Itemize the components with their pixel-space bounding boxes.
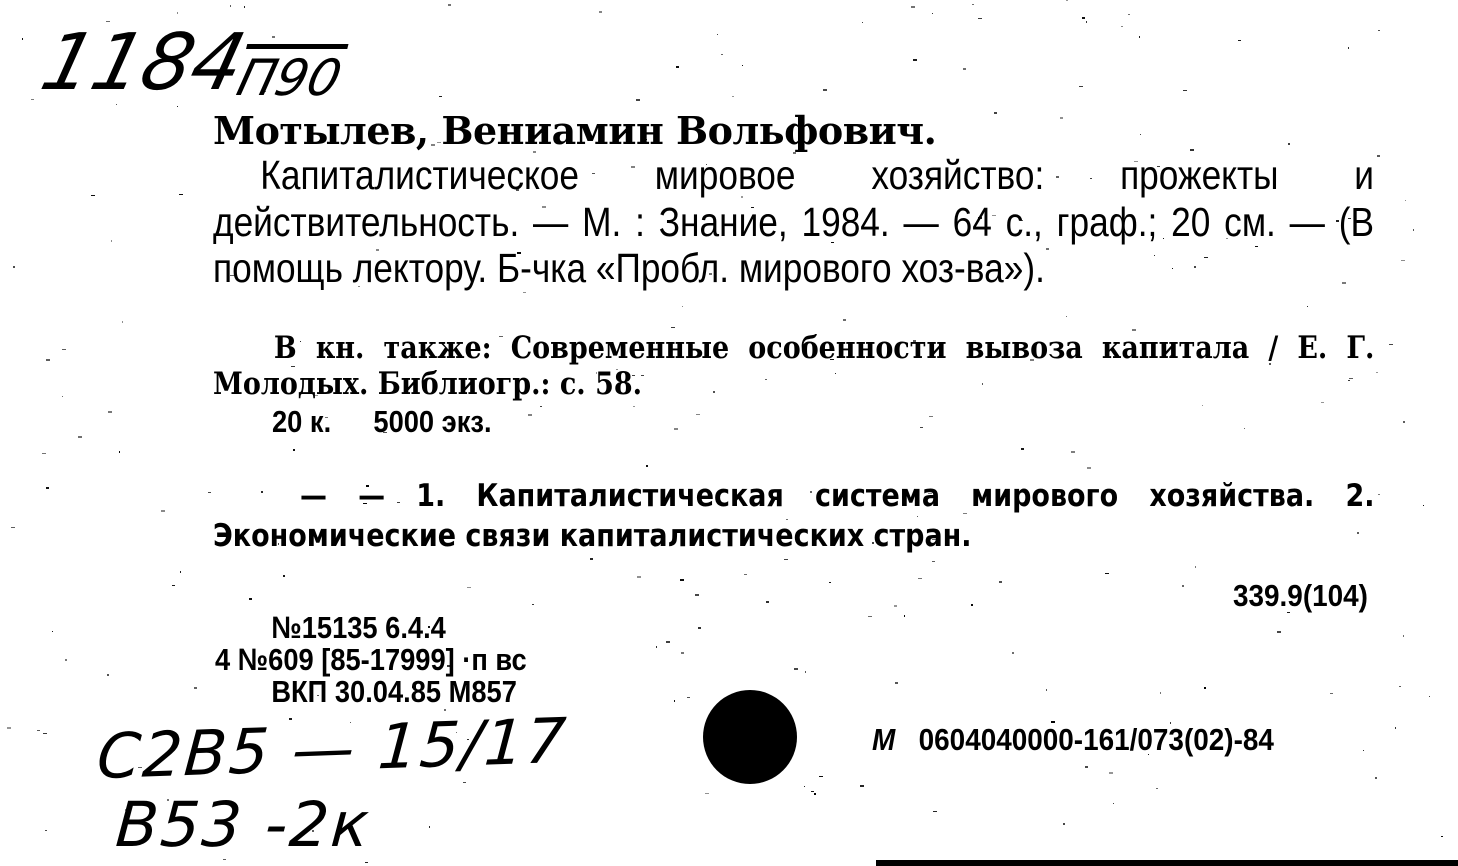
- print-run: 5000 экз.: [373, 404, 491, 439]
- handwritten-shelf-mark-1: С2В5 — 15/17: [95, 704, 570, 793]
- subject-headings: — — 1. Капиталистическая система мировог…: [213, 476, 1374, 556]
- punch-hole: [703, 690, 797, 784]
- subjects-text: — — 1. Капиталистическая система мировог…: [213, 478, 1374, 554]
- printing-info: №15135 6.4.4 4 №609 [85-17999] ·п вс ВКП…: [215, 612, 527, 708]
- handwritten-inventory-number: 1184П90: [33, 18, 355, 108]
- handwritten-inventory-suffix: П90: [232, 49, 348, 107]
- index-prefix: М: [872, 722, 895, 757]
- contents-note: В кн. также: Современные особенности выв…: [213, 330, 1374, 402]
- publisher-index-code: М0604040000-161/073(02)-84: [872, 722, 1274, 758]
- bottom-edge-line: [876, 860, 1458, 866]
- print-info-line: 4 №609 [85-17999] ·п вс: [215, 644, 527, 676]
- handwritten-shelf-mark-2: В53 -2к: [113, 788, 373, 861]
- print-info-line: ВКП 30.04.85 М857: [215, 676, 527, 708]
- notes-text: В кн. также: Современные особенности выв…: [213, 330, 1374, 402]
- print-info-line: №15135 6.4.4: [215, 612, 527, 644]
- price-and-print-run: 20 к.5000 экз.: [272, 404, 1293, 440]
- index-number: 0604040000-161/073(02)-84: [919, 722, 1274, 757]
- description-text: Капиталистическое мировое хозяйство: про…: [213, 152, 1374, 291]
- catalog-card: 1184П90 Мотылев, Вениамин Вольфович. Кап…: [0, 0, 1458, 866]
- bibliographic-description: Капиталистическое мировое хозяйство: про…: [213, 152, 1374, 292]
- classification-index: 339.9(104): [1233, 578, 1368, 614]
- price: 20 к.: [272, 404, 331, 439]
- author-heading: Мотылев, Вениамин Вольфович.: [213, 108, 1373, 153]
